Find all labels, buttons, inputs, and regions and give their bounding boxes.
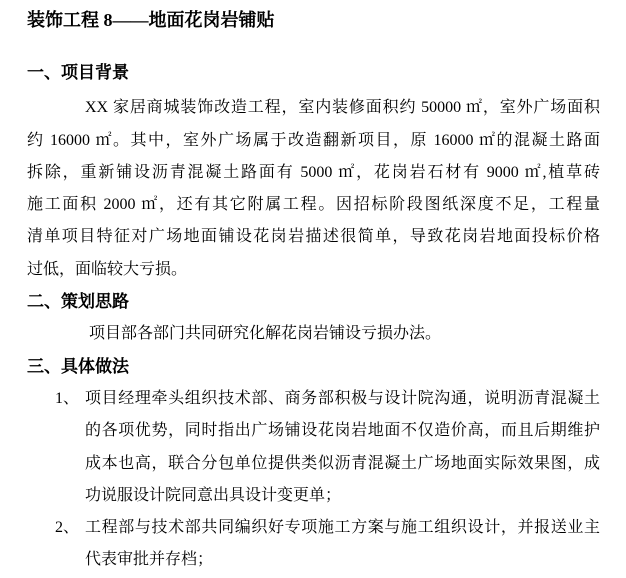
document-page: 装饰工程 8——地面花岗岩铺贴 一、项目背景 XX 家居商城装饰改造工程，室内装…	[0, 0, 626, 578]
list-line: 的各项优势，同时指出广场铺设花岗岩地面不仅造价高，而且后期维护	[85, 415, 600, 447]
section-heading-2: 二、策划思路	[27, 286, 600, 318]
section-heading-1: 一、项目背景	[27, 57, 600, 89]
section-heading-3: 三、具体做法	[27, 351, 600, 383]
list-line: 成本也高，联合分包单位提供类似沥青混凝土广场地面实际效果图，成	[85, 448, 600, 480]
section-2-paragraph: 项目部各部门共同研究化解花岗岩铺设亏损办法。	[27, 318, 600, 350]
doc-title: 装饰工程 8——地面花岗岩铺贴	[27, 6, 600, 32]
paragraph-line: 拆除，重新铺设沥青混凝土路面有 5000 ㎡，花岗岩石材有 9000 ㎡,植草砖	[27, 157, 600, 189]
list-line-text: 工程部与技术部共同编织好专项施工方案与施工组织设计，并报送业主	[85, 519, 600, 536]
paragraph-line: XX 家居商城装饰改造工程，室内装修面积约 50000 ㎡，室外广场面积	[27, 92, 600, 124]
list-item: 1、项目经理牵头组织技术部、商务部积极与设计院沟通，说明沥青混凝土 的各项优势，…	[27, 383, 600, 512]
paragraph-line: 施工面积 2000 ㎡，还有其它附属工程。因招标阶段图纸深度不足，工程量	[27, 189, 600, 221]
section-1-paragraph: XX 家居商城装饰改造工程，室内装修面积约 50000 ㎡，室外广场面积 约 1…	[27, 92, 600, 286]
list-number: 2、	[55, 512, 79, 544]
list-number: 1、	[55, 383, 79, 415]
list-item: 2、工程部与技术部共同编织好专项施工方案与施工组织设计，并报送业主 代表审批并存…	[27, 512, 600, 577]
list-line-text: 项目经理牵头组织技术部、商务部积极与设计院沟通，说明沥青混凝土	[85, 390, 600, 407]
paragraph-line: 清单项目特征对广场地面铺设花岗岩描述很简单，导致花岗岩地面投标价格	[27, 221, 600, 253]
paragraph-line: 过低，面临较大亏损。	[27, 254, 600, 286]
list-line: 代表审批并存档；	[85, 544, 600, 576]
paragraph-line: 项目部各部门共同研究化解花岗岩铺设亏损办法。	[27, 318, 600, 350]
list-line: 2、工程部与技术部共同编织好专项施工方案与施工组织设计，并报送业主	[85, 512, 600, 544]
paragraph-line: 约 16000 ㎡。其中，室外广场属于改造翻新项目，原 16000 ㎡的混凝土路…	[27, 125, 600, 157]
list-line: 1、项目经理牵头组织技术部、商务部积极与设计院沟通，说明沥青混凝土	[85, 383, 600, 415]
list-line: 功说服设计院同意出具设计变更单；	[85, 480, 600, 512]
